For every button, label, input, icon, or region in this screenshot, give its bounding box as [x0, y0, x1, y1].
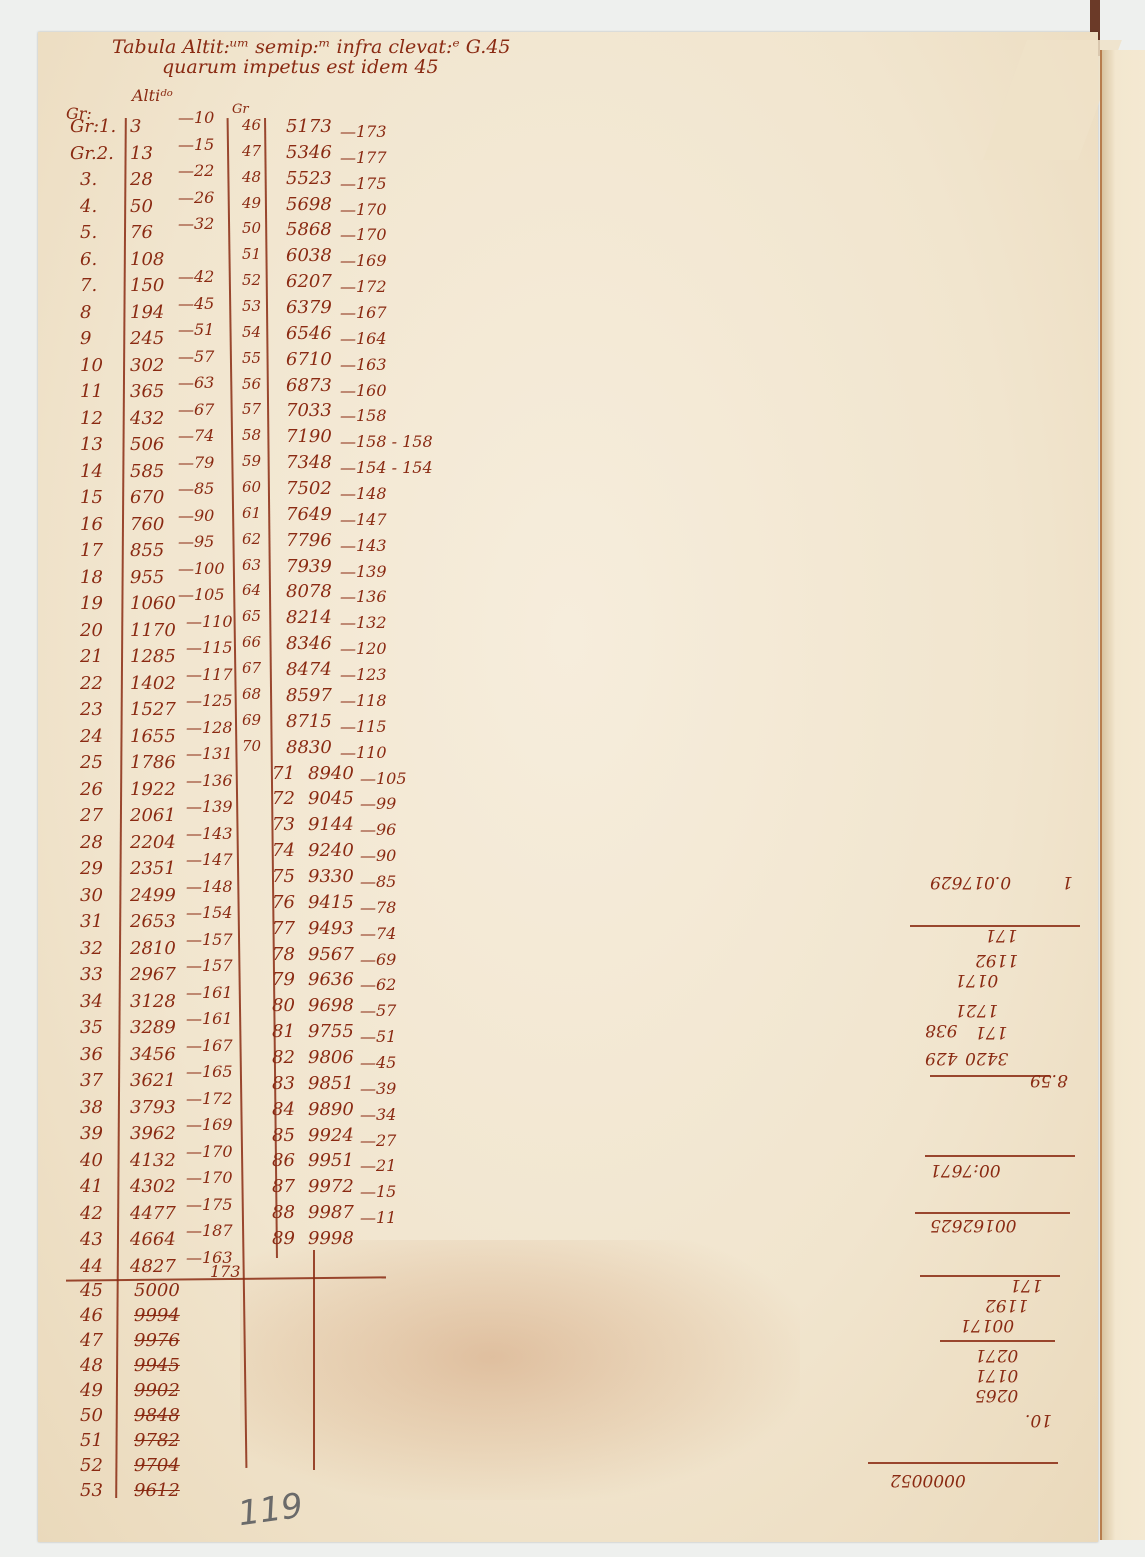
difference-cell: —169	[186, 1117, 233, 1133]
altitude-cell: 108	[130, 251, 164, 269]
degree-cell: 58	[242, 428, 261, 443]
difference-cell: —57	[360, 1003, 396, 1019]
difference-cell: —34	[360, 1107, 396, 1123]
difference-cell: —90	[178, 508, 214, 524]
altitude-cell: 1060	[130, 595, 176, 613]
degree-cell: 13	[80, 436, 103, 454]
altitude-cell: 4302	[130, 1178, 176, 1196]
degree-cell: 69	[242, 713, 261, 728]
degree-cell: 39	[80, 1125, 103, 1143]
difference-cell: —131	[186, 746, 233, 762]
altitude-cell: 9976	[134, 1332, 180, 1350]
altitude-cell: 506	[130, 436, 164, 454]
degree-cell: 64	[242, 583, 261, 598]
degree-cell: 55	[242, 351, 261, 366]
degree-cell: 3.	[80, 171, 97, 189]
degree-cell: 10	[80, 357, 103, 375]
altitude-cell: 2499	[130, 887, 176, 905]
degree-cell: 46	[80, 1307, 103, 1325]
difference-cell: —26	[178, 190, 214, 206]
degree-cell: 68	[242, 687, 261, 702]
degree-cell: 26	[80, 781, 103, 799]
altitude-cell: 9330	[308, 868, 354, 886]
calculation-rule	[920, 1275, 1060, 1277]
altitude-cell: 3962	[130, 1125, 176, 1143]
degree-cell: 59	[242, 454, 261, 469]
header-degrees-right: Gr	[232, 102, 249, 117]
difference-cell: —158	[340, 408, 387, 424]
altitude-cell: 7796	[286, 532, 332, 550]
altitude-cell: 8597	[286, 687, 332, 705]
altitude-cell: 5698	[286, 196, 332, 214]
altitude-cell: 4827	[130, 1258, 176, 1276]
difference-cell: —170	[340, 227, 387, 243]
difference-cell: —115	[186, 640, 233, 656]
calculation-figure: 0000052	[890, 1470, 966, 1490]
difference-cell: —148	[186, 879, 233, 895]
altitude-cell: 5868	[286, 221, 332, 239]
altitude-cell: 9612	[134, 1482, 180, 1500]
degree-cell: 85	[272, 1127, 295, 1145]
degree-cell: 14	[80, 463, 103, 481]
degree-cell: 12	[80, 410, 103, 428]
difference-cell: —27	[360, 1133, 396, 1149]
difference-cell: —177	[340, 150, 387, 166]
difference-cell: —45	[178, 296, 214, 312]
degree-cell: 31	[80, 913, 103, 931]
calculation-figure: 0171	[975, 1365, 1018, 1385]
difference-cell: —172	[340, 279, 387, 295]
altitude-cell: 1402	[130, 675, 176, 693]
degree-cell: 36	[80, 1046, 103, 1064]
altitude-cell: 3	[130, 118, 141, 136]
calculation-figure: 1721	[955, 1000, 998, 1020]
degree-cell: 11	[80, 383, 103, 401]
degree-cell: 34	[80, 993, 103, 1011]
degree-cell: 16	[80, 516, 103, 534]
difference-cell: —170	[186, 1144, 233, 1160]
degree-cell: 84	[272, 1101, 295, 1119]
difference-cell: —85	[178, 481, 214, 497]
degree-cell: 15	[80, 489, 103, 507]
degree-cell: 50	[242, 221, 261, 236]
altitude-cell: 3793	[130, 1099, 176, 1117]
degree-cell: 65	[242, 609, 261, 624]
altitude-cell: 760	[130, 516, 164, 534]
degree-cell: 82	[272, 1049, 295, 1067]
difference-cell: —165	[186, 1064, 233, 1080]
difference-cell: —164	[340, 331, 387, 347]
calculation-rule	[910, 925, 1080, 927]
altitude-cell: 2967	[130, 966, 176, 984]
altitude-cell: 6546	[286, 325, 332, 343]
degree-cell: 74	[272, 842, 295, 860]
difference-cell: —132	[340, 615, 387, 631]
altitude-cell: 2653	[130, 913, 176, 931]
calculation-figure: 0271	[975, 1345, 1018, 1365]
calculation-figure: 0171	[955, 970, 998, 990]
difference-cell: —63	[178, 375, 214, 391]
altitude-cell: 9951	[308, 1152, 354, 1170]
altitude-cell: 150	[130, 277, 164, 295]
degree-cell: 44	[80, 1258, 103, 1276]
degree-cell: 24	[80, 728, 103, 746]
degree-cell: 79	[272, 971, 295, 989]
header-altitudes: Altiᵈᵒ	[132, 86, 173, 105]
altitude-cell: 855	[130, 542, 164, 560]
degree-cell: 78	[272, 946, 295, 964]
altitude-cell: 8715	[286, 713, 332, 731]
difference-cell: —42	[178, 269, 214, 285]
altitude-cell: 8346	[286, 635, 332, 653]
difference-cell: —85	[360, 874, 396, 890]
degree-cell: 49	[242, 196, 261, 211]
altitude-cell: 3456	[130, 1046, 176, 1064]
degree-cell: 54	[242, 325, 261, 340]
difference-cell: 173	[210, 1264, 241, 1280]
degree-cell: 46	[242, 118, 261, 133]
difference-cell: —57	[178, 349, 214, 365]
difference-cell: —169	[340, 253, 387, 269]
degree-cell: 70	[242, 739, 261, 754]
calculation-figure: 171	[975, 1022, 1007, 1042]
difference-cell: —147	[186, 852, 233, 868]
altitude-cell: 245	[130, 330, 164, 348]
altitude-cell: 3128	[130, 993, 176, 1011]
altitude-cell: 8830	[286, 739, 332, 757]
degree-cell: 76	[272, 894, 295, 912]
altitude-cell: 1922	[130, 781, 176, 799]
difference-cell: —96	[360, 822, 396, 838]
degree-cell: 29	[80, 860, 103, 878]
degree-cell: 21	[80, 648, 103, 666]
degree-cell: 86	[272, 1152, 295, 1170]
difference-cell: —125	[186, 693, 233, 709]
difference-cell: —51	[178, 322, 214, 338]
difference-cell: —105	[178, 587, 225, 603]
altitude-cell: 28	[130, 171, 153, 189]
altitude-cell: 6379	[286, 299, 332, 317]
degree-cell: 35	[80, 1019, 103, 1037]
degree-cell: 89	[272, 1230, 295, 1248]
altitude-cell: 9415	[308, 894, 354, 912]
calculation-figure: 171	[1010, 1275, 1042, 1295]
altitude-cell: 1786	[130, 754, 176, 772]
degree-cell: 47	[242, 144, 261, 159]
altitude-cell: 2810	[130, 940, 176, 958]
calculation-figure: 00162625	[930, 1215, 1017, 1235]
degree-cell: 43	[80, 1231, 103, 1249]
calculation-figure: 00:7671	[930, 1160, 1001, 1180]
altitude-cell: 9890	[308, 1101, 354, 1119]
degree-cell: 45	[80, 1282, 103, 1300]
altitude-cell: 5523	[286, 170, 332, 188]
difference-cell: —110	[186, 614, 233, 630]
difference-cell: —147	[340, 512, 387, 528]
degree-cell: 52	[80, 1457, 103, 1475]
difference-cell: —123	[340, 667, 387, 683]
altitude-cell: 670	[130, 489, 164, 507]
difference-cell: —163	[340, 357, 387, 373]
difference-cell: —175	[340, 176, 387, 192]
degree-cell: 41	[80, 1178, 103, 1196]
difference-cell: —128	[186, 720, 233, 736]
altitude-cell: 6873	[286, 377, 332, 395]
altitude-cell: 2351	[130, 860, 176, 878]
difference-cell: —173	[340, 124, 387, 140]
degree-cell: 71	[272, 765, 295, 783]
difference-cell: —90	[360, 848, 396, 864]
altitude-cell: 3289	[130, 1019, 176, 1037]
altitude-cell: 9240	[308, 842, 354, 860]
degree-cell: 80	[272, 997, 295, 1015]
altitude-cell: 302	[130, 357, 164, 375]
difference-cell: —105	[360, 771, 407, 787]
difference-cell: —21	[360, 1158, 396, 1174]
altitude-cell: 955	[130, 569, 164, 587]
altitude-cell: 9045	[308, 790, 354, 808]
difference-cell: —67	[178, 402, 214, 418]
calculation-figure: 429	[925, 1048, 957, 1068]
calculation-rule	[915, 1212, 1070, 1214]
degree-cell: 48	[242, 170, 261, 185]
altitude-cell: 432	[130, 410, 164, 428]
difference-cell: —161	[186, 1011, 233, 1027]
altitude-cell: 5000	[134, 1282, 180, 1300]
difference-cell: —148	[340, 486, 387, 502]
degree-cell: 27	[80, 807, 103, 825]
degree-cell: 75	[272, 868, 295, 886]
degree-cell: 51	[242, 247, 261, 262]
altitude-cell: 3621	[130, 1072, 176, 1090]
degree-cell: 61	[242, 506, 261, 521]
degree-cell: 73	[272, 816, 295, 834]
column-rule-bottom	[313, 1250, 315, 1470]
altitude-cell: 9945	[134, 1357, 180, 1375]
altitude-cell: 7033	[286, 402, 332, 420]
degree-cell: 7.	[80, 277, 97, 295]
calculation-rule	[940, 1340, 1055, 1342]
altitude-cell: 6710	[286, 351, 332, 369]
difference-cell: —15	[178, 137, 214, 153]
calculation-rule	[868, 1462, 1058, 1464]
altitude-cell: 50	[130, 198, 153, 216]
water-stain	[240, 1240, 800, 1500]
difference-cell: —99	[360, 796, 396, 812]
degree-cell: 47	[80, 1332, 103, 1350]
calculation-figure: 1	[1062, 872, 1073, 892]
page-title: Tabula Altit:ᵘᵐ semip:ᵐ infra clevat:ᵉ G…	[112, 36, 511, 58]
difference-cell: —136	[186, 773, 233, 789]
altitude-cell: 4132	[130, 1152, 176, 1170]
degree-cell: Gr.2.	[70, 145, 114, 163]
altitude-cell: 9704	[134, 1457, 180, 1475]
difference-cell: —95	[178, 534, 214, 550]
difference-cell: —160	[340, 383, 387, 399]
altitude-cell: 7939	[286, 558, 332, 576]
altitude-cell: 5173	[286, 118, 332, 136]
calculation-rule	[925, 1155, 1075, 1157]
degree-cell: 51	[80, 1432, 103, 1450]
altitude-cell: 9998	[308, 1230, 354, 1248]
altitude-cell: 6038	[286, 247, 332, 265]
degree-cell: 72	[272, 790, 295, 808]
altitude-cell: 2204	[130, 834, 176, 852]
difference-cell: —74	[360, 926, 396, 942]
altitude-cell: 8214	[286, 609, 332, 627]
altitude-cell: 9987	[308, 1204, 354, 1222]
difference-cell: —51	[360, 1029, 396, 1045]
degree-cell: 67	[242, 661, 261, 676]
difference-cell: —74	[178, 428, 214, 444]
degree-cell: 88	[272, 1204, 295, 1222]
degree-cell: 38	[80, 1099, 103, 1117]
degree-cell: 60	[242, 480, 261, 495]
altitude-cell: 9902	[134, 1382, 180, 1400]
difference-cell: —110	[340, 745, 387, 761]
difference-cell: —32	[178, 216, 214, 232]
difference-cell: —154 - 154	[340, 460, 433, 476]
calculation-figure: 3420	[965, 1048, 1008, 1068]
degree-cell: 62	[242, 532, 261, 547]
altitude-cell: 9698	[308, 997, 354, 1015]
difference-cell: —139	[186, 799, 233, 815]
difference-cell: —117	[186, 667, 233, 683]
degree-cell: 19	[80, 595, 103, 613]
altitude-cell: 9144	[308, 816, 354, 834]
title-line-1: Tabula Altit:ᵘᵐ semip:ᵐ infra clevat:ᵉ G…	[112, 36, 511, 58]
degree-cell: 48	[80, 1357, 103, 1375]
difference-cell: —78	[360, 900, 396, 916]
difference-cell: —143	[186, 826, 233, 842]
calculation-figure: 10.	[1025, 1410, 1052, 1430]
difference-cell: —187	[186, 1223, 233, 1239]
degree-cell: 66	[242, 635, 261, 650]
altitude-cell: 6207	[286, 273, 332, 291]
degree-cell: 52	[242, 273, 261, 288]
degree-cell: 6.	[80, 251, 97, 269]
title-line-2: quarum impetus est idem 45	[162, 56, 439, 78]
difference-cell: —39	[360, 1081, 396, 1097]
difference-cell: —100	[178, 561, 225, 577]
calculation-figure: 0265	[975, 1385, 1018, 1405]
difference-cell: —118	[340, 693, 387, 709]
degree-cell: 40	[80, 1152, 103, 1170]
difference-cell: —158 - 158	[340, 434, 433, 450]
degree-cell: 50	[80, 1407, 103, 1425]
degree-cell: 37	[80, 1072, 103, 1090]
degree-cell: 63	[242, 558, 261, 573]
degree-cell: 23	[80, 701, 103, 719]
altitude-cell: 9782	[134, 1432, 180, 1450]
difference-cell: —22	[178, 163, 214, 179]
difference-cell: —69	[360, 952, 396, 968]
calculation-figure: 1192	[975, 950, 1018, 970]
altitude-cell: 13	[130, 145, 153, 163]
difference-cell: —157	[186, 932, 233, 948]
altitude-cell: 585	[130, 463, 164, 481]
degree-cell: 83	[272, 1075, 295, 1093]
altitude-cell: 7502	[286, 480, 332, 498]
calculation-figure: 00171	[960, 1315, 1014, 1335]
degree-cell: 5.	[80, 224, 97, 242]
difference-cell: —175	[186, 1197, 233, 1213]
difference-cell: —167	[186, 1038, 233, 1054]
difference-cell: —15	[360, 1184, 396, 1200]
difference-cell: —172	[186, 1091, 233, 1107]
degree-cell: 22	[80, 675, 103, 693]
degree-cell: Gr:1.	[70, 118, 116, 136]
degree-cell: 33	[80, 966, 103, 984]
degree-cell: 20	[80, 622, 103, 640]
degree-cell: 9	[80, 330, 91, 348]
degree-cell: 57	[242, 402, 261, 417]
altitude-cell: 9848	[134, 1407, 180, 1425]
difference-cell: —79	[178, 455, 214, 471]
altitude-cell: 365	[130, 383, 164, 401]
altitude-cell: 9806	[308, 1049, 354, 1067]
difference-cell: —62	[360, 977, 396, 993]
difference-cell: —120	[340, 641, 387, 657]
altitude-cell: 8078	[286, 583, 332, 601]
degree-cell: 56	[242, 377, 261, 392]
altitude-cell: 194	[130, 304, 164, 322]
difference-cell: —115	[340, 719, 387, 735]
difference-cell: —139	[340, 564, 387, 580]
altitude-cell: 9567	[308, 946, 354, 964]
difference-cell: —154	[186, 905, 233, 921]
altitude-cell: 9755	[308, 1023, 354, 1041]
degree-cell: 42	[80, 1205, 103, 1223]
degree-cell: 53	[80, 1482, 103, 1500]
difference-cell: —167	[340, 305, 387, 321]
degree-cell: 30	[80, 887, 103, 905]
altitude-cell: 1170	[130, 622, 176, 640]
degree-cell: 81	[272, 1023, 295, 1041]
altitude-cell: 4664	[130, 1231, 176, 1249]
altitude-cell: 7190	[286, 428, 332, 446]
altitude-cell: 9851	[308, 1075, 354, 1093]
altitude-cell: 4477	[130, 1205, 176, 1223]
altitude-cell: 1285	[130, 648, 176, 666]
altitude-cell: 9972	[308, 1178, 354, 1196]
difference-cell: —157	[186, 958, 233, 974]
altitude-cell: 9994	[134, 1307, 180, 1325]
difference-cell: —143	[340, 538, 387, 554]
degree-cell: 4.	[80, 198, 97, 216]
calculation-figure: 1192	[985, 1295, 1028, 1315]
calculation-rule	[930, 1075, 1050, 1077]
degree-cell: 87	[272, 1178, 295, 1196]
altitude-cell: 1527	[130, 701, 176, 719]
degree-cell: 32	[80, 940, 103, 958]
altitude-cell: 2061	[130, 807, 176, 825]
altitude-cell: 7649	[286, 506, 332, 524]
altitude-cell: 9636	[308, 971, 354, 989]
difference-cell: —170	[186, 1170, 233, 1186]
degree-cell: 17	[80, 542, 103, 560]
degree-cell: 8	[80, 304, 91, 322]
calculation-figure: 0.017629	[930, 872, 1011, 892]
degree-cell: 25	[80, 754, 103, 772]
degree-cell: 49	[80, 1382, 103, 1400]
degree-cell: 53	[242, 299, 261, 314]
difference-cell: —10	[178, 110, 214, 126]
difference-cell: —45	[360, 1055, 396, 1071]
altitude-cell: 5346	[286, 144, 332, 162]
difference-cell: —170	[340, 202, 387, 218]
difference-cell: —161	[186, 985, 233, 1001]
